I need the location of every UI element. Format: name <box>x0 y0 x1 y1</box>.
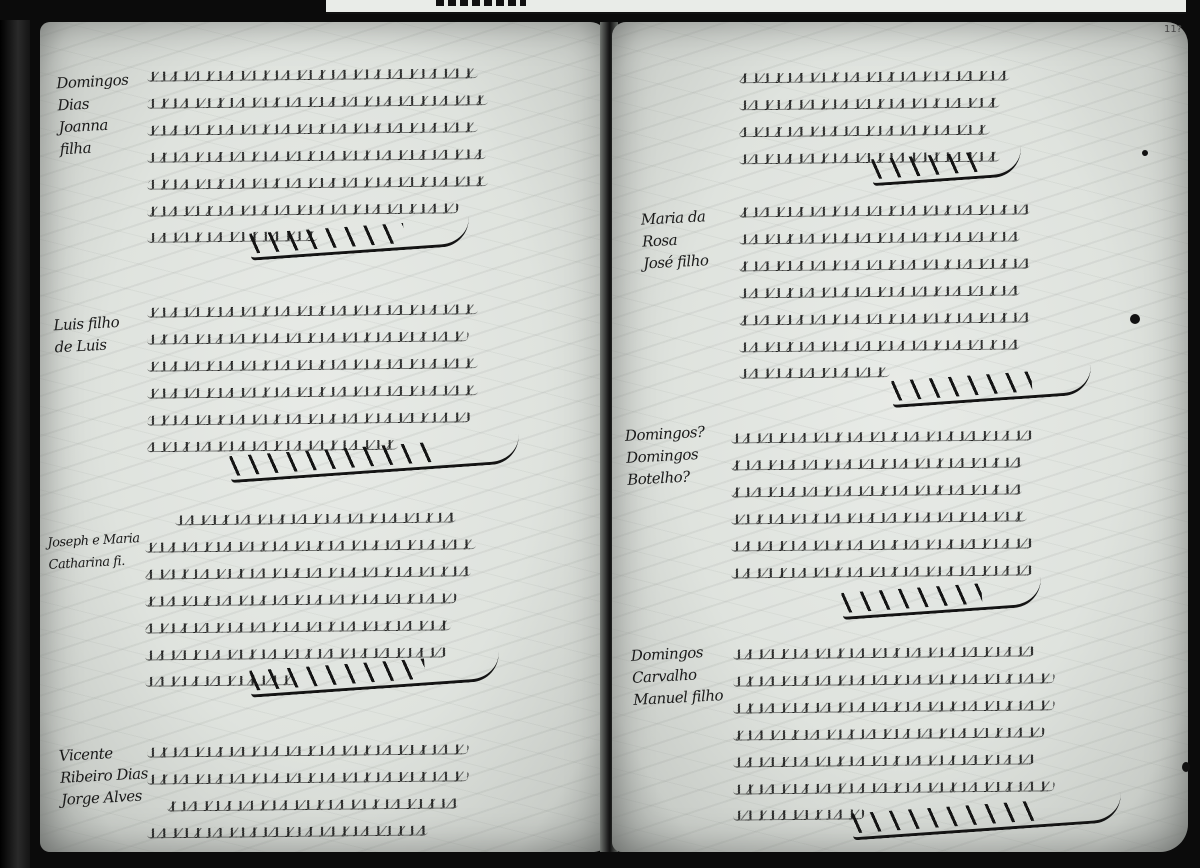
book-edge <box>0 20 30 868</box>
register-entry: Domingos Dias Joanna filha Aos 15 dias d… <box>40 22 608 262</box>
entry-text <box>148 736 508 844</box>
ink-blot <box>1182 762 1190 772</box>
register-entry: Domingos? Domingos Botelho? Aos ... (ill… <box>612 412 1188 622</box>
archive-label-marks <box>436 0 526 6</box>
register-entry: Domingos Carvalho Manuel filho Aos 22 di… <box>612 622 1188 842</box>
margin-name: Maria da Rosa José filho <box>640 203 743 274</box>
register-entry: (continuation of previous entry, illegib… <box>612 22 1188 192</box>
register-entry: Luis filho de Luis Aos 17 de agosto de 1… <box>40 284 608 494</box>
right-page: 11? (continuation of previous entry, ill… <box>612 22 1188 852</box>
margin-name: Luis filho de Luis <box>53 310 145 359</box>
register-entry: Vicente Ribeiro Dias Jorge Alves Aos 29 … <box>40 702 608 842</box>
entry-text <box>732 422 1062 584</box>
entry-text <box>740 196 1070 385</box>
archive-label-strip <box>326 0 1186 14</box>
margin-name: Domingos Carvalho Manuel filho <box>630 639 743 711</box>
register-entry: Joseph e Maria Catharina fi. Aos 29 de o… <box>40 492 608 692</box>
left-page: Domingos Dias Joanna filha Aos 15 dias d… <box>40 22 608 852</box>
margin-name: Domingos? Domingos Botelho? <box>624 419 737 491</box>
entry-text <box>148 296 508 458</box>
register-entry: Maria da Rosa José filho Aos ... dias do… <box>612 192 1188 412</box>
ink-blot <box>1142 150 1148 156</box>
margin-name: Joseph e Maria Catharina fi. <box>47 527 159 577</box>
margin-name: Domingos Dias Joanna filha <box>56 68 150 161</box>
ink-blot <box>1130 314 1140 324</box>
